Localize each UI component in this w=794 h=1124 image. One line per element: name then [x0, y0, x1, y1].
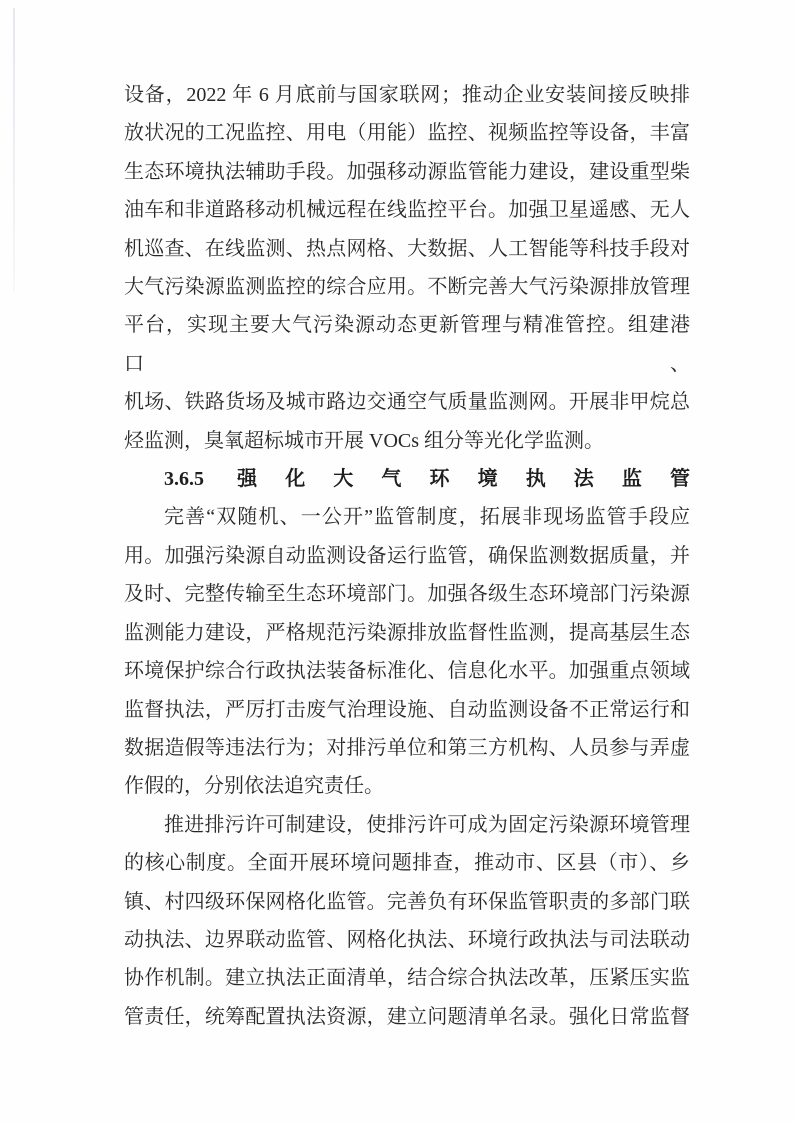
document-text-block: 设备，2022 年 6 月底前与国家联网；推动企业安装间接反映排放状况的工况监控…: [124, 76, 690, 1036]
text-line: 作假的，分别依法追究责任。: [124, 767, 690, 805]
text-line: 的核心制度。全面开展环境问题排查，推动市、区县（市）、乡: [124, 844, 690, 882]
text-line: 管责任，统筹配置执法资源，建立问题清单名录。强化日常监督: [124, 998, 690, 1036]
text-line: 设备，2022 年 6 月底前与国家联网；推动企业安装间接反映排: [124, 76, 690, 114]
text-line: 烃监测，臭氧超标城市开展 VOCs 组分等光化学监测。: [124, 422, 690, 460]
text-line: 生态环境执法辅助手段。加强移动源监管能力建设，建设重型柴: [124, 153, 690, 191]
text-line: 用。加强污染源自动监测设备运行监管，确保监测数据质量，并: [124, 537, 690, 575]
text-line: 环境保护综合行政执法装备标准化、信息化水平。加强重点领域: [124, 652, 690, 690]
paragraph-pollution-permit: 推进排污许可制建设，使排污许可成为固定污染源环境管理的核心制度。全面开展环境问题…: [124, 806, 690, 1036]
paragraph-enforcement-supervision: 完善“双随机、一公开”监管制度，拓展非现场监管手段应用。加强污染源自动监测设备运…: [124, 498, 690, 805]
text-line: 动执法、边界联动监管、网格化执法、环境行政执法与司法联动: [124, 921, 690, 959]
text-line: 协作机制。建立执法正面清单，结合综合执法改革，压紧压实监: [124, 959, 690, 997]
text-line: 完善“双随机、一公开”监管制度，拓展非现场监管手段应: [124, 498, 690, 536]
paragraph-monitoring-continuation: 设备，2022 年 6 月底前与国家联网；推动企业安装间接反映排放状况的工况监控…: [124, 76, 690, 460]
scan-artifact-line: [13, 8, 15, 292]
text-line: 数据造假等违法行为；对排污单位和第三方机构、人员参与弄虚: [124, 729, 690, 767]
text-line: 监测能力建设，严格规范污染源排放监督性监测，提高基层生态: [124, 614, 690, 652]
text-line: 放状况的工况监控、用电（用能）监控、视频监控等设备，丰富: [124, 114, 690, 152]
text-line: 大气污染源监测监控的综合应用。不断完善大气污染源排放管理: [124, 268, 690, 306]
section-heading: 3.6.5 强化大气环境执法监管: [124, 460, 690, 498]
text-line: 监督执法，严厉打击废气治理设施、自动监测设备不正常运行和: [124, 691, 690, 729]
text-line: 机巡查、在线监测、热点网格、大数据、人工智能等科技手段对: [124, 230, 690, 268]
text-line: 机场、铁路货场及城市路边交通空气质量监测网。开展非甲烷总: [124, 383, 690, 421]
text-line: 镇、村四级环保网格化监管。完善负有环保监管职责的多部门联: [124, 883, 690, 921]
text-line: 及时、完整传输至生态环境部门。加强各级生态环境部门污染源: [124, 575, 690, 613]
text-line: 油车和非道路移动机械远程在线监控平台。加强卫星遥感、无人: [124, 191, 690, 229]
text-line: 平台，实现主要大气污染源动态更新管理与精准管控。组建港口、: [124, 306, 690, 383]
text-line: 推进排污许可制建设，使排污许可成为固定污染源环境管理: [124, 806, 690, 844]
document-page: 设备，2022 年 6 月底前与国家联网；推动企业安装间接反映排放状况的工况监控…: [0, 0, 794, 1124]
